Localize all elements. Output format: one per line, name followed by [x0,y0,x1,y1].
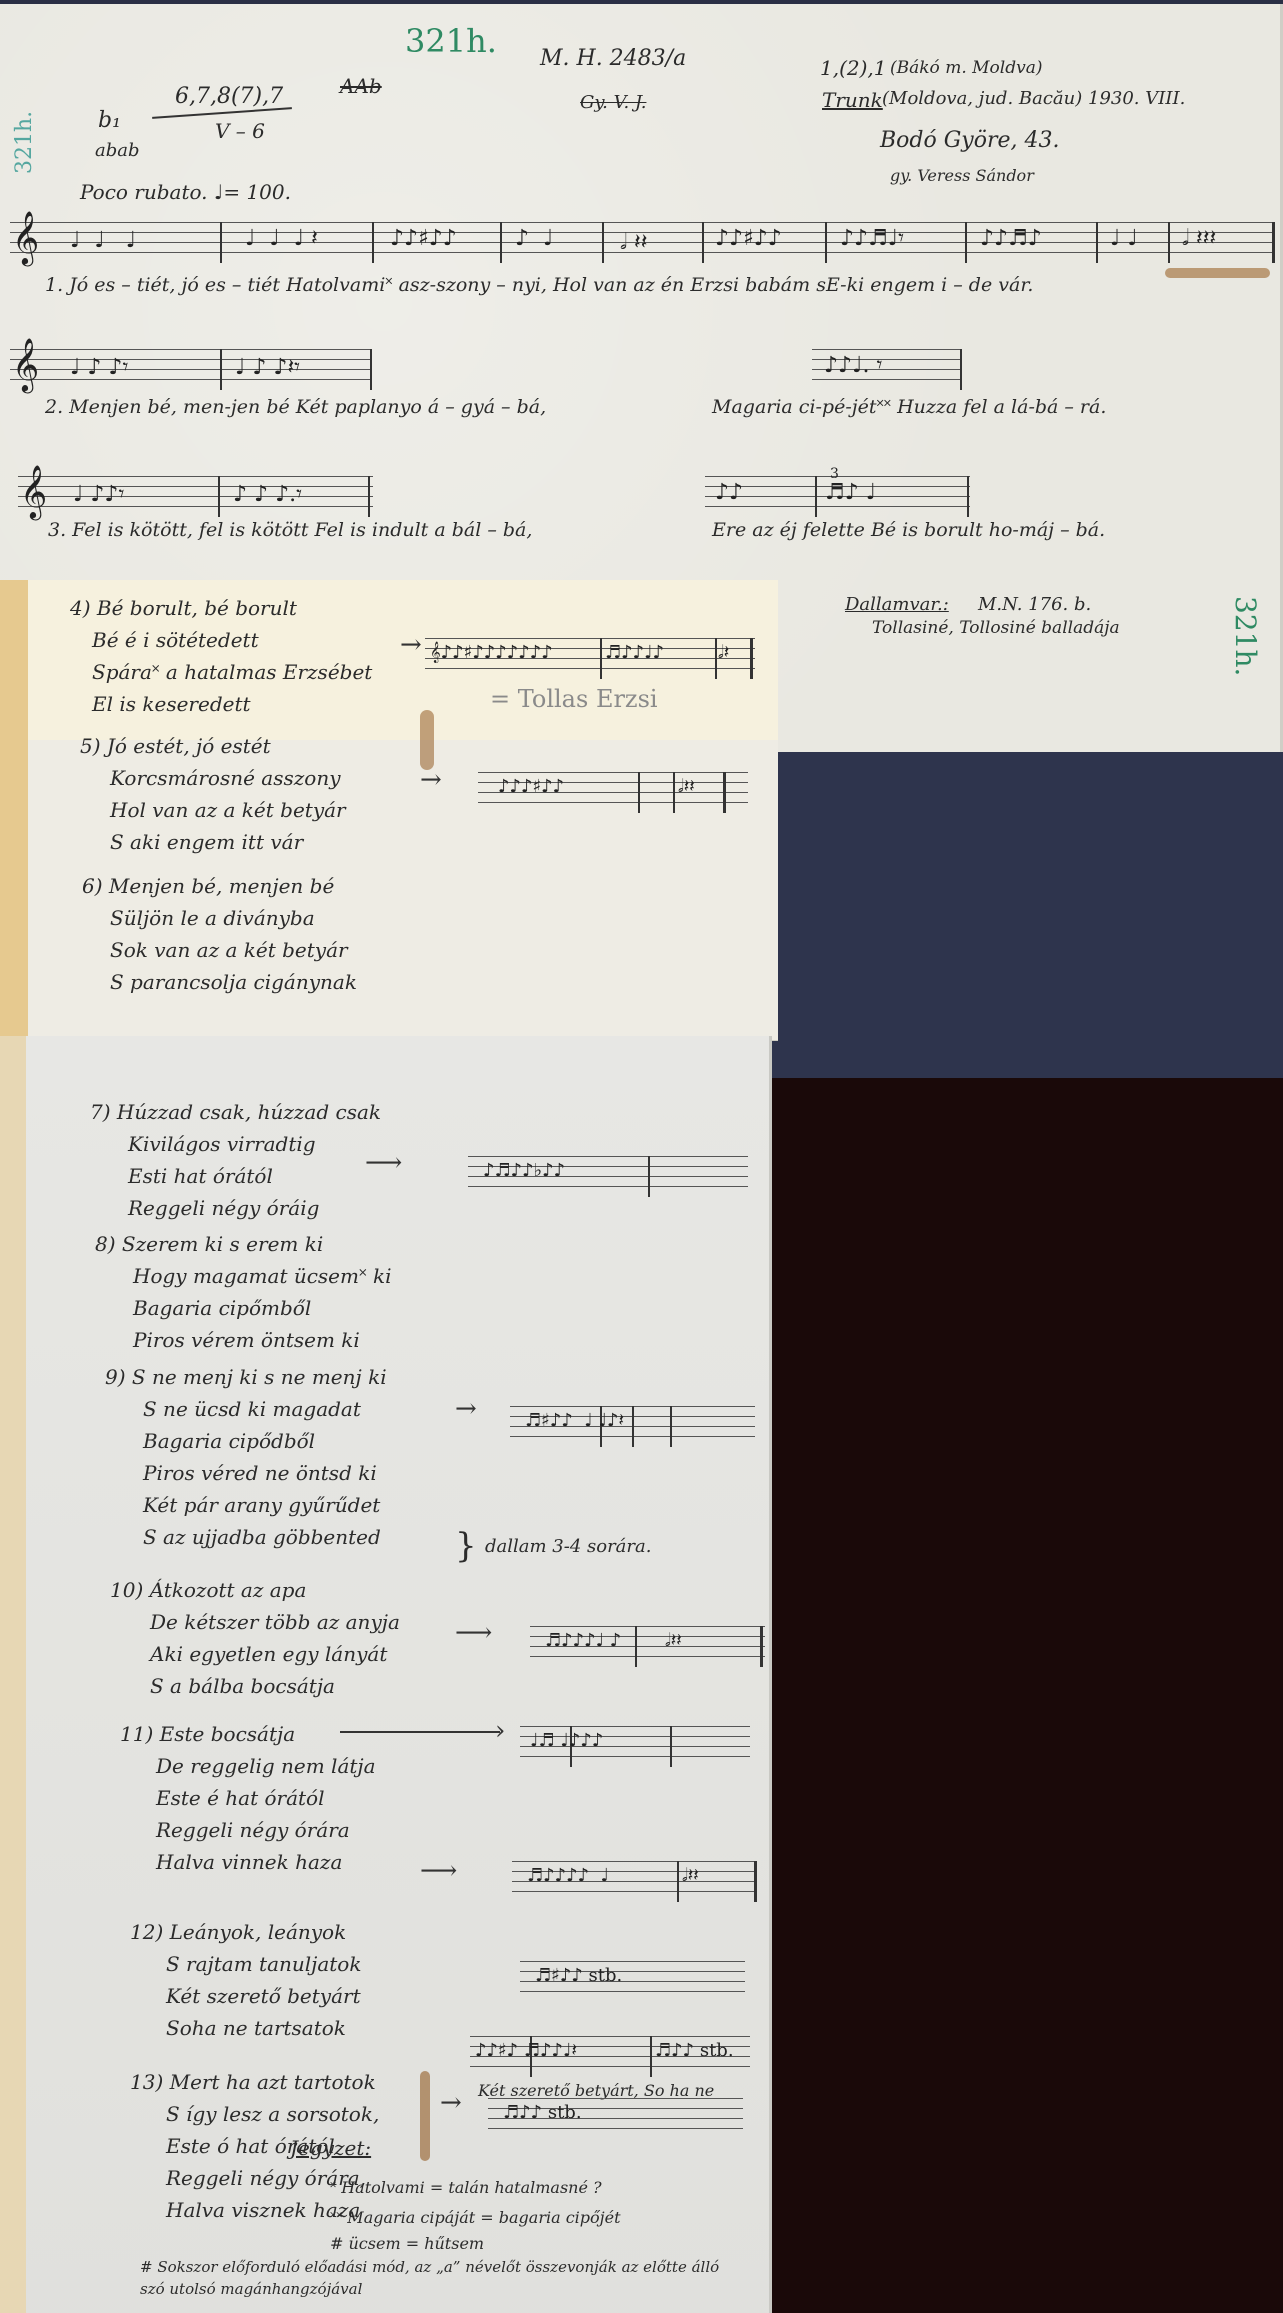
struck-ref: Gy. V. J. [580,92,646,113]
archive-ref: M. H. 2483/a [540,46,686,71]
footnote: # Sokszor előforduló előadási mód, az „a… [140,2256,720,2300]
music-staff-verse-11a: ♩♬ ♩♪♪♪ [520,1726,750,1766]
verse-6: 6) Menjen bé, menjen bé Süljön le a divá… [82,870,357,998]
music-staff-3b: ♪♪ 3 ♬♪ ♩ [705,476,970,516]
cadence-label: b₁ [98,108,121,133]
melody-ref-number: M.N. 176. b. [978,594,1091,615]
music-staff-2a: 𝄞 ♩ ♪ ♪𝄾 ♩ ♪ ♪𝄽𝄾 [10,349,370,389]
side-catalog-number-right: 321h. [1229,596,1262,676]
music-staff-verse-11b: ♬♪♪♪♪ ♩ 𝅗𝅥𝄽𝄽 [512,1861,757,1901]
note-item-1: ˟ Hatolvami = talán hatalmasné ? [330,2178,602,2198]
location-note: (Bákó m. Moldva) [890,58,1042,78]
arrow-icon: → [440,2088,462,2118]
music-staff-verse-10: ♬♪♪♪♩ ♪ 𝅗𝅥𝄽𝄽 [530,1626,765,1666]
arrow-icon: › [495,1716,505,1746]
side-catalog-number-left: 321h. [12,111,37,174]
arrow-icon: ⟶ [455,1618,492,1648]
arrow-line [340,1731,500,1733]
region-date: (Moldova, jud. Bacău) 1930. VIII. [882,88,1185,109]
manuscript-sheet-bottom: 7) Húzzad csak, húzzad csak Kivilágos vi… [0,1036,772,2313]
catalog-number: 321h. [405,22,497,60]
adhesive-tape [0,1036,26,2313]
melody-ref-label: Dallamvar.: [845,594,949,615]
music-staff-verse-4: 𝄞♪♪♯♪♪♪♪♪♪♪ ♬♪♪♩♪ 𝅗𝅥𝄽 [425,638,755,678]
location-code: 1,(2),1 [820,56,887,80]
singer: Bodó Györe, 43. [880,128,1060,153]
verse-5: 5) Jó estét, jó estét Korcsmárosné asszo… [80,730,346,858]
tempo-marking: Poco rubato. ♩= 100. [80,180,291,204]
ink-stain [1165,268,1270,278]
ink-stain [420,710,434,770]
arrow-icon: → [420,765,442,795]
note-item-2: ˟˟ Magaria cipáját = bagaria cipőjét [330,2208,621,2228]
music-staff-verse-5: ♪♪♪♯♪♪ 𝅗𝅥𝄽𝄽 [478,772,748,812]
verse-7: 7) Húzzad csak, húzzad csak Kivilágos vi… [90,1096,381,1224]
scan-backdrop-blue [760,752,1283,1078]
music-staff-3a: 𝄞 ♩ ♪♪𝄾 ♪ ♪ ♪.𝄾 [18,476,373,516]
manuscript-sheet-middle: 4) Bé borult, bé borult Bé é i sötétedet… [0,580,778,1040]
scan-backdrop-dark [760,1078,1283,2313]
staff-2-lyrics-left: 2. Menjen bé, men-jen bé Két paplanyo á … [45,396,546,418]
music-staff-verse-12b: ♪♪♯♪ ♬♪♪♩𝄽 ♬♪♪ stb. [470,2036,750,2076]
melody-ref-title: Tollasiné, Tollosiné balladája [872,618,1120,638]
village-name: Trunk [822,88,883,112]
arrow-icon: ⟶ [365,1148,402,1178]
verse-number: 4) [70,596,91,620]
form-struck: AAb [340,74,382,98]
verse-8: 8) Szerem ki s erem ki Hogy magamat ücse… [95,1228,392,1356]
music-staff-1: 𝄞 ♩ ♩ ♩ ♩ ♩ ♩ 𝄽 ♪♪♯♪♪ ♪ ♩ 𝅗𝅥 𝄽𝄽 ♪♪♯♪♪ ♪♪… [10,222,1275,262]
verse-4-annotation: = Tollas Erzsi [490,685,658,713]
note-item-3: # ücsem = hűtsem [330,2234,484,2253]
verse-12: 12) Leányok, leányok S rajtam tanuljatok… [130,1876,361,2044]
music-staff-verse-12a: ♬♯♪♪ stb. [520,1961,745,2001]
staff-3-lyrics-left: 3. Fel is kötött, fel is kötött Fel is i… [48,519,532,541]
ink-stain [420,2071,430,2161]
music-staff-verse-13: ♬♪♪ stb. [488,2098,743,2138]
staff-3-lyrics-right: Ere az éj felette Bé is borult ho-máj – … [712,519,1105,541]
music-staff-verse-7: ♪♬♪♪♭♪♪ [468,1156,748,1196]
staff-1-lyrics: 1. Jó es – tiét, jó es – tiét Hatolvami˟… [45,274,1033,297]
form-formula: 6,7,8(7),7 [175,84,283,109]
structure-label: abab [95,140,140,161]
collector: gy. Veress Sándor [890,166,1034,185]
note-glyphs: ♩ ♩ ♩ [70,228,136,253]
music-staff-verse-9: ♬♯♪♪ ♩ ♩♪𝄽 [510,1406,755,1446]
verse-9-brace-note: dallam 3-4 sorára. [485,1536,651,1557]
verse-4: 4) Bé borult, bé borult Bé é i sötétedet… [70,592,372,720]
verse-9: 9) S ne menj ki s ne menj ki S ne ücsd k… [105,1361,387,1553]
notes-title: Jegyzet: [290,2136,371,2160]
arrow-icon: ⟶ [420,1856,457,1886]
adhesive-tape [0,580,28,1040]
music-staff-2b: ♪♪♩. 𝄾 [812,349,962,389]
staff-2-lyrics-right: Magaria ci-pé-jét˟˟ Huzza fel a lá-bá – … [712,396,1106,419]
arrow-icon: → [455,1394,477,1424]
verse-10: 10) Átkozott az apa De kétszer több az a… [110,1574,400,1702]
treble-clef-icon: 𝄞 [12,210,39,266]
form-denominator: V – 6 [215,119,265,143]
arrow-icon: → [400,630,422,660]
verse-11: 11) Este bocsátja De reggelig nem látja … [120,1718,376,1878]
brace-icon: } [455,1526,477,1566]
